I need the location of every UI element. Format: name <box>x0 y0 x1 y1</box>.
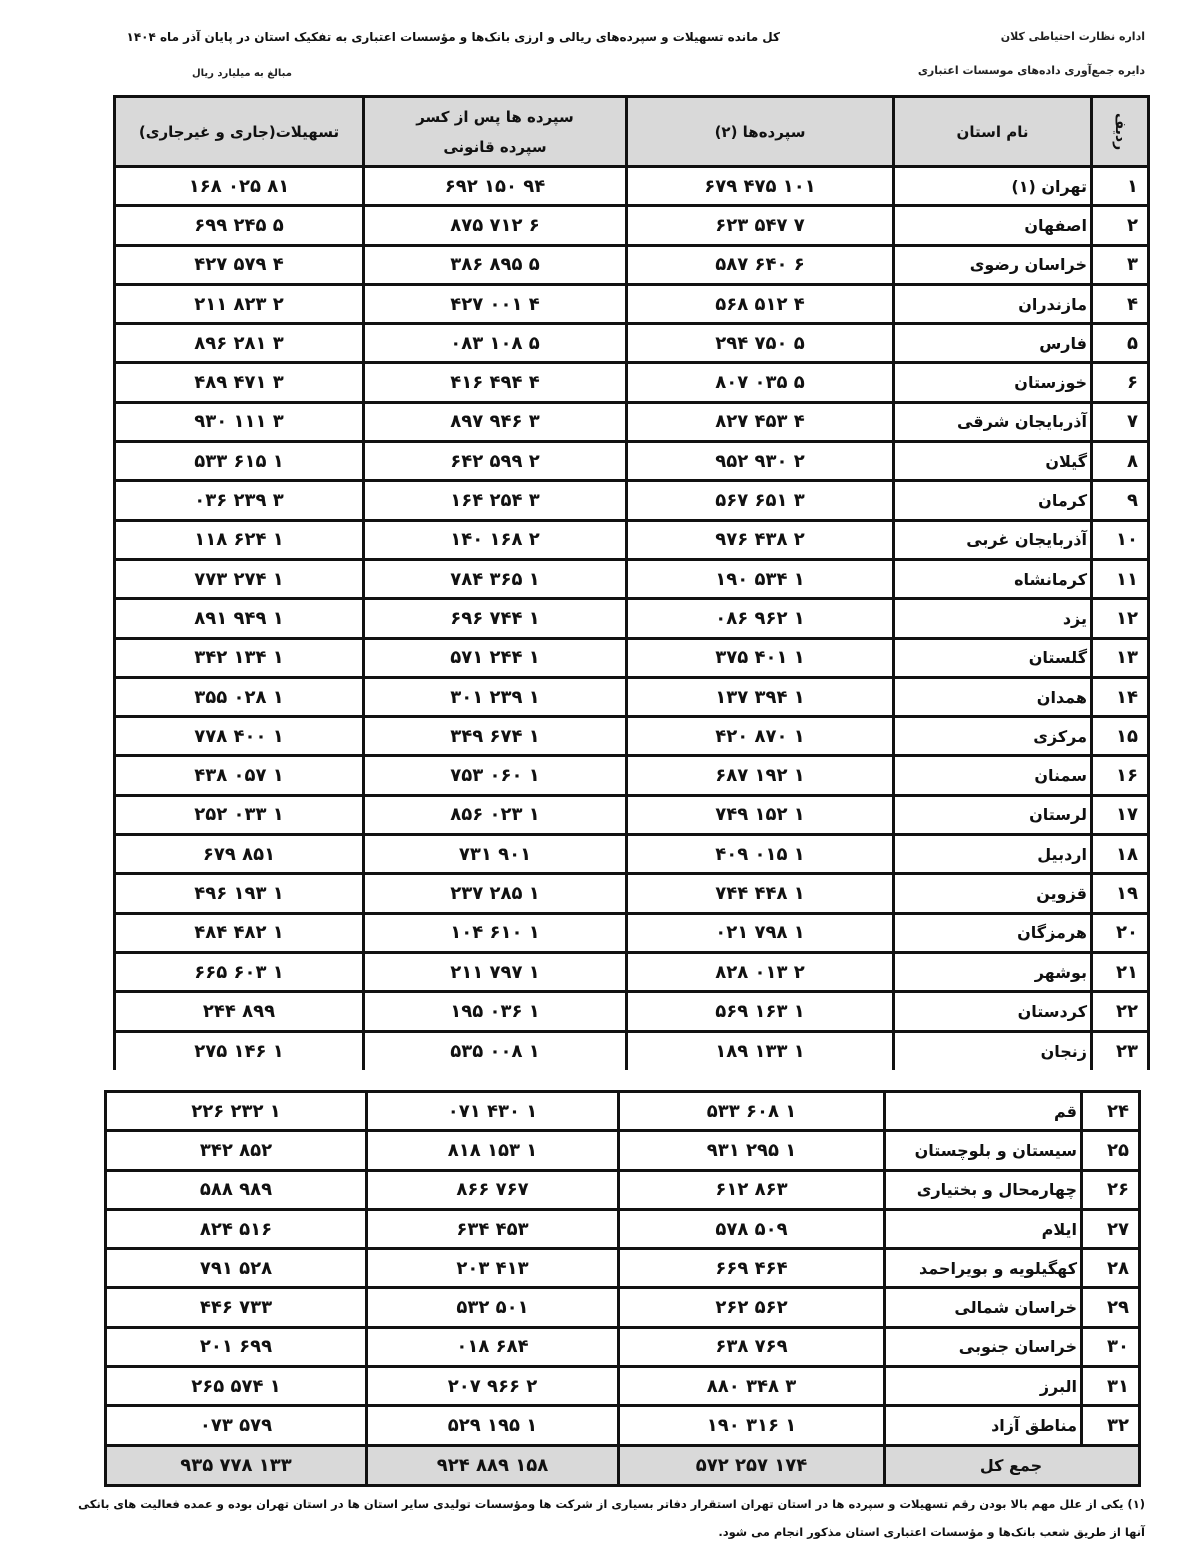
row-number: ۵ <box>1092 324 1149 363</box>
deposits-value: ۲ ۰۱۳ ۸۲۸ <box>627 952 894 991</box>
deposits-net-value: ۱ ۶۷۴ ۳۴۹ <box>364 717 627 756</box>
facilities-value: ۴ ۵۷۹ ۴۲۷ <box>115 245 364 284</box>
deposits-net-value: ۲ ۵۹۹ ۶۴۲ <box>364 442 627 481</box>
row-number: ۶ <box>1092 363 1149 402</box>
deposits-net-value: ۱ ۲۳۹ ۳۰۱ <box>364 677 627 716</box>
row-number: ۲۳ <box>1092 1031 1149 1070</box>
deposits-net-value: ۱ ۱۵۳ ۸۱۸ <box>367 1131 619 1170</box>
table-row: ۲۸ کهگیلویه و بویراحمد ۴۶۴ ۶۶۹ ۴۱۳ ۲۰۳ ۵… <box>106 1249 1140 1288</box>
facilities-value: ۵۲۸ ۷۹۱ <box>106 1249 367 1288</box>
facilities-value: ۱ ۲۳۲ ۲۲۶ <box>106 1092 367 1131</box>
table-row: ۱۷ لرستان ۱ ۱۵۲ ۷۴۹ ۱ ۰۲۳ ۸۵۶ ۱ ۰۳۳ ۲۵۲ <box>115 795 1149 834</box>
row-number: ۳ <box>1092 245 1149 284</box>
row-number: ۱۲ <box>1092 599 1149 638</box>
table-row: ۲۷ ایلام ۵۰۹ ۵۷۸ ۴۵۳ ۶۳۴ ۵۱۶ ۸۲۴ <box>106 1209 1140 1248</box>
deposits-value: ۱ ۶۰۸ ۵۳۳ <box>619 1092 885 1131</box>
table-row: ۱۸ اردبیل ۱ ۰۱۵ ۴۰۹ ۹۰۱ ۷۳۱ ۸۵۱ ۶۷۹ <box>115 835 1149 874</box>
header-row-no: ردیف <box>1092 97 1149 167</box>
deposits-value: ۱ ۰۱۵ ۴۰۹ <box>627 835 894 874</box>
province-name: خوزستان <box>894 363 1092 402</box>
row-number: ۱۰ <box>1092 520 1149 559</box>
total-row: جمع کل ۱۷۴ ۲۵۷ ۵۷۲ ۱۵۸ ۸۸۹ ۹۲۴ ۱۳۳ ۷۷۸ ۹… <box>106 1445 1140 1485</box>
province-name: تهران (۱) <box>894 167 1092 206</box>
table-header-row: ردیف نام استان سپرده‌ها (۲) سپرده ها پس … <box>115 97 1149 167</box>
table-row: ۱۴ همدان ۱ ۳۹۴ ۱۳۷ ۱ ۲۳۹ ۳۰۱ ۱ ۰۲۸ ۳۵۵ <box>115 677 1149 716</box>
deposits-net-value: ۷۶۷ ۸۶۶ <box>367 1170 619 1209</box>
facilities-value: ۸۱ ۰۲۵ ۱۶۸ <box>115 167 364 206</box>
deposits-net-value: ۱ ۰۳۶ ۱۹۵ <box>364 992 627 1031</box>
province-name: اصفهان <box>894 206 1092 245</box>
deposits-value: ۱ ۱۵۲ ۷۴۹ <box>627 795 894 834</box>
deposits-value: ۵ ۰۳۵ ۸۰۷ <box>627 363 894 402</box>
row-number: ۳۲ <box>1082 1406 1140 1445</box>
deposits-net-value: ۳ ۲۵۴ ۱۶۴ <box>364 481 627 520</box>
table-row: ۴ مازندران ۴ ۵۱۲ ۵۶۸ ۴ ۰۰۱ ۴۲۷ ۲ ۸۲۳ ۲۱۱ <box>115 284 1149 323</box>
facilities-value: ۱ ۶۱۵ ۵۳۳ <box>115 442 364 481</box>
table-row: ۲۵ سیستان و بلوچستان ۱ ۲۹۵ ۹۳۱ ۱ ۱۵۳ ۸۱۸… <box>106 1131 1140 1170</box>
deposits-net-value: ۱ ۰۰۸ ۵۳۵ <box>364 1031 627 1070</box>
deposits-value: ۱ ۳۹۴ ۱۳۷ <box>627 677 894 716</box>
table-row: ۱۱ کرمانشاه ۱ ۵۳۴ ۱۹۰ ۱ ۳۶۵ ۷۸۴ ۱ ۲۷۴ ۷۷… <box>115 559 1149 598</box>
province-name: آذربایجان غربی <box>894 520 1092 559</box>
deposits-value: ۱ ۴۰۱ ۳۷۵ <box>627 638 894 677</box>
facilities-value: ۹۸۹ ۵۸۸ <box>106 1170 367 1209</box>
province-name: بوشهر <box>894 952 1092 991</box>
row-number: ۲۰ <box>1092 913 1149 952</box>
facilities-value: ۱ ۱۹۳ ۴۹۶ <box>115 874 364 913</box>
province-name: کرمانشاه <box>894 559 1092 598</box>
facilities-value: ۸۵۲ ۳۴۲ <box>106 1131 367 1170</box>
deposits-value: ۱ ۷۹۸ ۰۲۱ <box>627 913 894 952</box>
deposits-net-value: ۱ ۷۴۴ ۶۹۶ <box>364 599 627 638</box>
facilities-value: ۳ ۴۷۱ ۴۸۹ <box>115 363 364 402</box>
table-row: ۱۳ گلستان ۱ ۴۰۱ ۳۷۵ ۱ ۲۴۴ ۵۷۱ ۱ ۱۳۴ ۳۴۲ <box>115 638 1149 677</box>
deposits-net-value: ۱ ۳۶۵ ۷۸۴ <box>364 559 627 598</box>
province-name: البرز <box>885 1367 1082 1406</box>
deposits-value: ۳ ۳۴۸ ۸۸۰ <box>619 1367 885 1406</box>
row-number: ۲۱ <box>1092 952 1149 991</box>
deposits-net-value: ۲ ۹۶۶ ۲۰۷ <box>367 1367 619 1406</box>
province-name: کهگیلویه و بویراحمد <box>885 1249 1082 1288</box>
province-name: قم <box>885 1092 1082 1131</box>
province-name: ایلام <box>885 1209 1082 1248</box>
row-number: ۱۹ <box>1092 874 1149 913</box>
table-row: ۳۱ البرز ۳ ۳۴۸ ۸۸۰ ۲ ۹۶۶ ۲۰۷ ۱ ۵۷۴ ۲۶۵ <box>106 1367 1140 1406</box>
facilities-value: ۳ ۱۱۱ ۹۳۰ <box>115 402 364 441</box>
deposits-value: ۱ ۵۳۴ ۱۹۰ <box>627 559 894 598</box>
deposits-value: ۳ ۶۵۱ ۵۶۷ <box>627 481 894 520</box>
facilities-value: ۱ ۹۴۹ ۸۹۱ <box>115 599 364 638</box>
deposits-value: ۵۶۲ ۲۶۲ <box>619 1288 885 1327</box>
table-row: ۲۹ خراسان شمالی ۵۶۲ ۲۶۲ ۵۰۱ ۵۳۲ ۷۳۳ ۴۴۶ <box>106 1288 1140 1327</box>
facilities-value: ۷۳۳ ۴۴۶ <box>106 1288 367 1327</box>
facilities-value: ۱ ۲۷۴ ۷۷۳ <box>115 559 364 598</box>
province-name: زنجان <box>894 1031 1092 1070</box>
province-name: گلستان <box>894 638 1092 677</box>
deposits-value: ۶ ۶۴۰ ۵۸۷ <box>627 245 894 284</box>
province-name: خراسان رضوی <box>894 245 1092 284</box>
province-name: سمنان <box>894 756 1092 795</box>
facilities-value: ۳ ۲۳۹ ۰۳۶ <box>115 481 364 520</box>
deposits-net-value: ۴ ۴۹۴ ۴۱۶ <box>364 363 627 402</box>
row-number: ۲۵ <box>1082 1131 1140 1170</box>
deposits-net-value: ۱ ۶۱۰ ۱۰۴ <box>364 913 627 952</box>
facilities-value: ۸۵۱ ۶۷۹ <box>115 835 364 874</box>
table-row: ۳۰ خراسان جنوبی ۷۶۹ ۶۳۸ ۶۸۴ ۰۱۸ ۶۹۹ ۲۰۱ <box>106 1327 1140 1366</box>
facilities-value: ۱ ۴۰۰ ۷۷۸ <box>115 717 364 756</box>
table-row: ۲۳ زنجان ۱ ۱۳۳ ۱۸۹ ۱ ۰۰۸ ۵۳۵ ۱ ۱۴۶ ۲۷۵ <box>115 1031 1149 1070</box>
deposits-value: ۱ ۱۹۲ ۶۸۷ <box>627 756 894 795</box>
deposits-value: ۱ ۱۳۳ ۱۸۹ <box>627 1031 894 1070</box>
deposits-net-value: ۴۱۳ ۲۰۳ <box>367 1249 619 1288</box>
row-number: ۷ <box>1092 402 1149 441</box>
deposits-net-value: ۴۵۳ ۶۳۴ <box>367 1209 619 1248</box>
row-number: ۱۳ <box>1092 638 1149 677</box>
row-number: ۳۱ <box>1082 1367 1140 1406</box>
report-title: کل مانده تسهیلات و سپرده‌های ریالی و ارز… <box>127 30 781 44</box>
deposits-net-value: ۵ ۸۹۵ ۳۸۶ <box>364 245 627 284</box>
header-deposits-net: سپرده ها پس از کسر سپرده قانونی <box>364 97 627 167</box>
facilities-value: ۲ ۸۲۳ ۲۱۱ <box>115 284 364 323</box>
row-number: ۲۶ <box>1082 1170 1140 1209</box>
row-number: ۲۷ <box>1082 1209 1140 1248</box>
header-province: نام استان <box>894 97 1092 167</box>
province-name: مناطق آزاد <box>885 1406 1082 1445</box>
deposits-value: ۵ ۷۵۰ ۲۹۴ <box>627 324 894 363</box>
province-table-part2: ۲۴ قم ۱ ۶۰۸ ۵۳۳ ۱ ۴۳۰ ۰۷۱ ۱ ۲۳۲ ۲۲۶ ۲۵ س… <box>104 1090 1141 1487</box>
table-row: ۲۱ بوشهر ۲ ۰۱۳ ۸۲۸ ۱ ۷۹۷ ۲۱۱ ۱ ۶۰۳ ۶۶۵ <box>115 952 1149 991</box>
footnote-line-1: (۱) یکی از علل مهم بالا بودن رقم تسهیلات… <box>45 1490 1145 1518</box>
row-number: ۲ <box>1092 206 1149 245</box>
table-row: ۱ تهران (۱) ۱۰۱ ۴۷۵ ۶۷۹ ۹۴ ۱۵۰ ۶۹۲ ۸۱ ۰۲… <box>115 167 1149 206</box>
deposits-net-value: ۱ ۴۳۰ ۰۷۱ <box>367 1092 619 1131</box>
deposits-value: ۱ ۱۶۳ ۵۶۹ <box>627 992 894 1031</box>
footnote-line-2: آنها از طریق شعب بانک‌ها و مؤسسات اعتبار… <box>45 1518 1145 1546</box>
province-name: کردستان <box>894 992 1092 1031</box>
deposits-value: ۱ ۹۶۲ ۰۸۶ <box>627 599 894 638</box>
deposits-net-value: ۶۸۴ ۰۱۸ <box>367 1327 619 1366</box>
table-row: ۹ کرمان ۳ ۶۵۱ ۵۶۷ ۳ ۲۵۴ ۱۶۴ ۳ ۲۳۹ ۰۳۶ <box>115 481 1149 520</box>
deposits-net-value: ۵ ۱۰۸ ۰۸۳ <box>364 324 627 363</box>
header-facilities: تسهیلات(جاری و غیرجاری) <box>115 97 364 167</box>
province-name: همدان <box>894 677 1092 716</box>
province-name: فارس <box>894 324 1092 363</box>
deposits-net-value: ۹۰۱ ۷۳۱ <box>364 835 627 874</box>
facilities-value: ۱ ۶۰۳ ۶۶۵ <box>115 952 364 991</box>
facilities-value: ۸۹۹ ۲۴۴ <box>115 992 364 1031</box>
province-name: خراسان شمالی <box>885 1288 1082 1327</box>
deposits-net-value: ۹۴ ۱۵۰ ۶۹۲ <box>364 167 627 206</box>
facilities-value: ۱ ۵۷۴ ۲۶۵ <box>106 1367 367 1406</box>
facilities-value: ۶۹۹ ۲۰۱ <box>106 1327 367 1366</box>
deposits-net-value: ۲ ۱۶۸ ۱۴۰ <box>364 520 627 559</box>
row-number: ۲۹ <box>1082 1288 1140 1327</box>
province-name: هرمزگان <box>894 913 1092 952</box>
row-number: ۱ <box>1092 167 1149 206</box>
table-row: ۷ آذربایجان شرقی ۴ ۴۵۳ ۸۲۷ ۳ ۹۴۶ ۸۹۷ ۳ ۱… <box>115 402 1149 441</box>
deposits-value: ۱ ۳۱۶ ۱۹۰ <box>619 1406 885 1445</box>
row-number: ۲۸ <box>1082 1249 1140 1288</box>
row-number: ۲۴ <box>1082 1092 1140 1131</box>
row-number: ۹ <box>1092 481 1149 520</box>
facilities-value: ۳ ۲۸۱ ۸۹۶ <box>115 324 364 363</box>
row-number: ۱۸ <box>1092 835 1149 874</box>
deposits-net-value: ۱ ۲۴۴ ۵۷۱ <box>364 638 627 677</box>
province-name: مرکزی <box>894 717 1092 756</box>
deposits-net-value: ۱ ۱۹۵ ۵۲۹ <box>367 1406 619 1445</box>
table-row: ۵ فارس ۵ ۷۵۰ ۲۹۴ ۵ ۱۰۸ ۰۸۳ ۳ ۲۸۱ ۸۹۶ <box>115 324 1149 363</box>
table-row: ۳۲ مناطق آزاد ۱ ۳۱۶ ۱۹۰ ۱ ۱۹۵ ۵۲۹ ۵۷۹ ۰۷… <box>106 1406 1140 1445</box>
row-number: ۱۵ <box>1092 717 1149 756</box>
deposits-value: ۲ ۹۳۰ ۹۵۲ <box>627 442 894 481</box>
deposits-value: ۴ ۴۵۳ ۸۲۷ <box>627 402 894 441</box>
deposits-value: ۴ ۵۱۲ ۵۶۸ <box>627 284 894 323</box>
deposits-value: ۴۶۴ ۶۶۹ <box>619 1249 885 1288</box>
row-number: ۳۰ <box>1082 1327 1140 1366</box>
deposits-value: ۷۶۹ ۶۳۸ <box>619 1327 885 1366</box>
row-number: ۲۲ <box>1092 992 1149 1031</box>
province-name: آذربایجان شرقی <box>894 402 1092 441</box>
total-facilities: ۱۳۳ ۷۷۸ ۹۳۵ <box>106 1445 367 1485</box>
table-row: ۱۹ قزوین ۱ ۴۴۸ ۷۴۴ ۱ ۲۸۵ ۲۳۷ ۱ ۱۹۳ ۴۹۶ <box>115 874 1149 913</box>
deposits-value: ۱۰۱ ۴۷۵ ۶۷۹ <box>627 167 894 206</box>
table-row: ۶ خوزستان ۵ ۰۳۵ ۸۰۷ ۴ ۴۹۴ ۴۱۶ ۳ ۴۷۱ ۴۸۹ <box>115 363 1149 402</box>
row-number: ۱۷ <box>1092 795 1149 834</box>
facilities-value: ۵۱۶ ۸۲۴ <box>106 1209 367 1248</box>
province-name: خراسان جنوبی <box>885 1327 1082 1366</box>
org-division: دایره جمع‌آوری داده‌های موسسات اعتباری <box>918 64 1145 77</box>
table-row: ۲۰ هرمزگان ۱ ۷۹۸ ۰۲۱ ۱ ۶۱۰ ۱۰۴ ۱ ۴۸۲ ۴۸۴ <box>115 913 1149 952</box>
deposits-value: ۱ ۸۷۰ ۴۲۰ <box>627 717 894 756</box>
province-name: مازندران <box>894 284 1092 323</box>
facilities-value: ۱ ۱۳۴ ۳۴۲ <box>115 638 364 677</box>
deposits-value: ۱ ۲۹۵ ۹۳۱ <box>619 1131 885 1170</box>
table-row: ۱۲ یزد ۱ ۹۶۲ ۰۸۶ ۱ ۷۴۴ ۶۹۶ ۱ ۹۴۹ ۸۹۱ <box>115 599 1149 638</box>
province-name: سیستان و بلوچستان <box>885 1131 1082 1170</box>
province-name: لرستان <box>894 795 1092 834</box>
province-name: اردبیل <box>894 835 1092 874</box>
table-row: ۱۰ آذربایجان غربی ۲ ۴۳۸ ۹۷۶ ۲ ۱۶۸ ۱۴۰ ۱ … <box>115 520 1149 559</box>
total-deposits: ۱۷۴ ۲۵۷ ۵۷۲ <box>619 1445 885 1485</box>
table-row: ۱۵ مرکزی ۱ ۸۷۰ ۴۲۰ ۱ ۶۷۴ ۳۴۹ ۱ ۴۰۰ ۷۷۸ <box>115 717 1149 756</box>
facilities-value: ۵۷۹ ۰۷۳ <box>106 1406 367 1445</box>
deposits-value: ۵۰۹ ۵۷۸ <box>619 1209 885 1248</box>
deposits-value: ۷ ۵۴۷ ۶۲۳ <box>627 206 894 245</box>
deposits-net-value: ۶ ۷۱۲ ۸۷۵ <box>364 206 627 245</box>
table-row: ۱۶ سمنان ۱ ۱۹۲ ۶۸۷ ۱ ۰۶۰ ۷۵۳ ۱ ۰۵۷ ۴۳۸ <box>115 756 1149 795</box>
table-row: ۲۲ کردستان ۱ ۱۶۳ ۵۶۹ ۱ ۰۳۶ ۱۹۵ ۸۹۹ ۲۴۴ <box>115 992 1149 1031</box>
row-number: ۸ <box>1092 442 1149 481</box>
footnote: (۱) یکی از علل مهم بالا بودن رقم تسهیلات… <box>45 1490 1145 1546</box>
province-name: گیلان <box>894 442 1092 481</box>
header-deposits: سپرده‌ها (۲) <box>627 97 894 167</box>
table-row: ۲۴ قم ۱ ۶۰۸ ۵۳۳ ۱ ۴۳۰ ۰۷۱ ۱ ۲۳۲ ۲۲۶ <box>106 1092 1140 1131</box>
deposits-net-value: ۳ ۹۴۶ ۸۹۷ <box>364 402 627 441</box>
deposits-value: ۸۶۳ ۶۱۲ <box>619 1170 885 1209</box>
total-label: جمع کل <box>885 1445 1140 1485</box>
deposits-net-value: ۱ ۷۹۷ ۲۱۱ <box>364 952 627 991</box>
deposits-value: ۲ ۴۳۸ ۹۷۶ <box>627 520 894 559</box>
facilities-value: ۱ ۰۵۷ ۴۳۸ <box>115 756 364 795</box>
table-row: ۳ خراسان رضوی ۶ ۶۴۰ ۵۸۷ ۵ ۸۹۵ ۳۸۶ ۴ ۵۷۹ … <box>115 245 1149 284</box>
facilities-value: ۵ ۲۴۵ ۶۹۹ <box>115 206 364 245</box>
total-deposits-net: ۱۵۸ ۸۸۹ ۹۲۴ <box>367 1445 619 1485</box>
deposits-value: ۱ ۴۴۸ ۷۴۴ <box>627 874 894 913</box>
facilities-value: ۱ ۶۲۴ ۱۱۸ <box>115 520 364 559</box>
province-name: قزوین <box>894 874 1092 913</box>
facilities-value: ۱ ۱۴۶ ۲۷۵ <box>115 1031 364 1070</box>
province-table-part1: ردیف نام استان سپرده‌ها (۲) سپرده ها پس … <box>113 95 1150 1070</box>
row-number: ۴ <box>1092 284 1149 323</box>
deposits-net-value: ۴ ۰۰۱ ۴۲۷ <box>364 284 627 323</box>
facilities-value: ۱ ۰۲۸ ۳۵۵ <box>115 677 364 716</box>
deposits-net-value: ۵۰۱ ۵۳۲ <box>367 1288 619 1327</box>
province-name: کرمان <box>894 481 1092 520</box>
deposits-net-value: ۱ ۰۶۰ ۷۵۳ <box>364 756 627 795</box>
row-number: ۱۴ <box>1092 677 1149 716</box>
province-name: یزد <box>894 599 1092 638</box>
deposits-net-value: ۱ ۲۸۵ ۲۳۷ <box>364 874 627 913</box>
table-row: ۸ گیلان ۲ ۹۳۰ ۹۵۲ ۲ ۵۹۹ ۶۴۲ ۱ ۶۱۵ ۵۳۳ <box>115 442 1149 481</box>
deposits-net-value: ۱ ۰۲۳ ۸۵۶ <box>364 795 627 834</box>
org-department: اداره نظارت احتیاطی کلان <box>1001 30 1145 43</box>
table-row: ۲ اصفهان ۷ ۵۴۷ ۶۲۳ ۶ ۷۱۲ ۸۷۵ ۵ ۲۴۵ ۶۹۹ <box>115 206 1149 245</box>
row-number: ۱۱ <box>1092 559 1149 598</box>
row-number: ۱۶ <box>1092 756 1149 795</box>
unit-note: مبالغ به میلیارد ریال <box>192 68 292 79</box>
province-name: چهارمحال و بختیاری <box>885 1170 1082 1209</box>
facilities-value: ۱ ۴۸۲ ۴۸۴ <box>115 913 364 952</box>
facilities-value: ۱ ۰۳۳ ۲۵۲ <box>115 795 364 834</box>
table-row: ۲۶ چهارمحال و بختیاری ۸۶۳ ۶۱۲ ۷۶۷ ۸۶۶ ۹۸… <box>106 1170 1140 1209</box>
